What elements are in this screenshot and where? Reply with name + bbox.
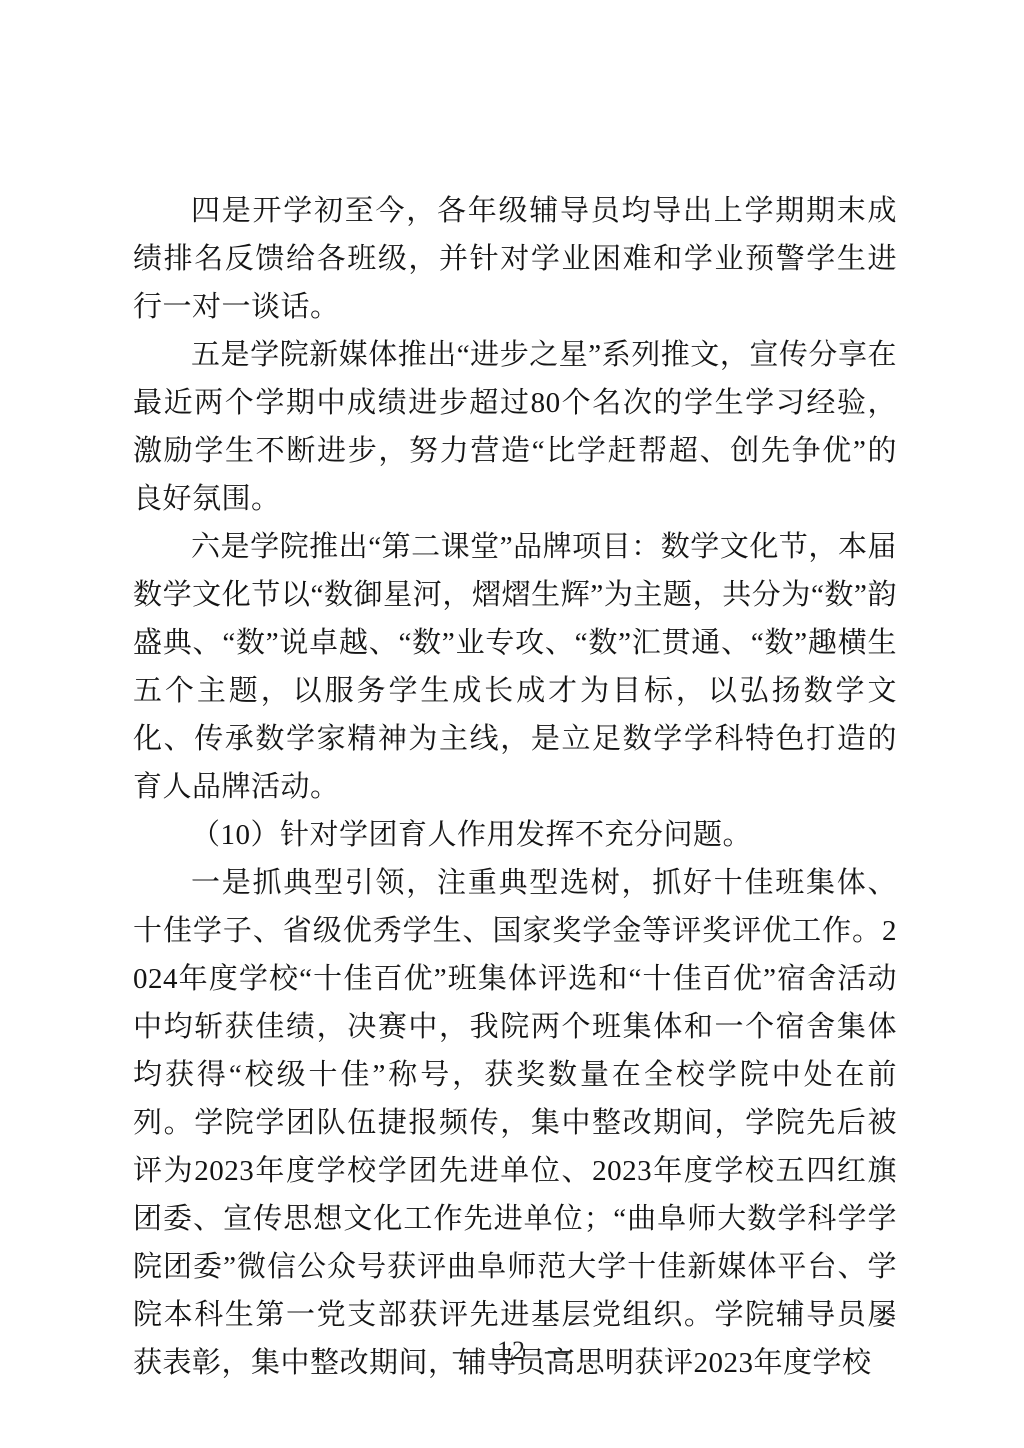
footer-left-dash: — (453, 1334, 479, 1368)
page-footer: —12— (0, 1334, 1024, 1368)
footer-right-dash: — (545, 1334, 571, 1368)
page-number: 12 (497, 1334, 527, 1368)
body-paragraph: 六是学院推出“第二课堂”品牌项目：数学文化节，本届数学文化节以“数御星河，熠熠生… (133, 523, 897, 811)
body-paragraph-heading: （10）针对学团育人作用发挥不充分问题。 (133, 811, 897, 859)
document-page: 四是开学初至今，各年级辅导员均导出上学期期末成绩排名反馈给各班级，并针对学业困难… (0, 0, 1024, 1448)
body-paragraph: 五是学院新媒体推出“进步之星”系列推文，宣传分享在最近两个学期中成绩进步超过80… (133, 331, 897, 523)
body-paragraph: 一是抓典型引领，注重典型选树，抓好十佳班集体、十佳学子、省级优秀学生、国家奖学金… (133, 859, 897, 1387)
document-body: 四是开学初至今，各年级辅导员均导出上学期期末成绩排名反馈给各班级，并针对学业困难… (133, 187, 897, 1387)
body-paragraph: 四是开学初至今，各年级辅导员均导出上学期期末成绩排名反馈给各班级，并针对学业困难… (133, 187, 897, 331)
